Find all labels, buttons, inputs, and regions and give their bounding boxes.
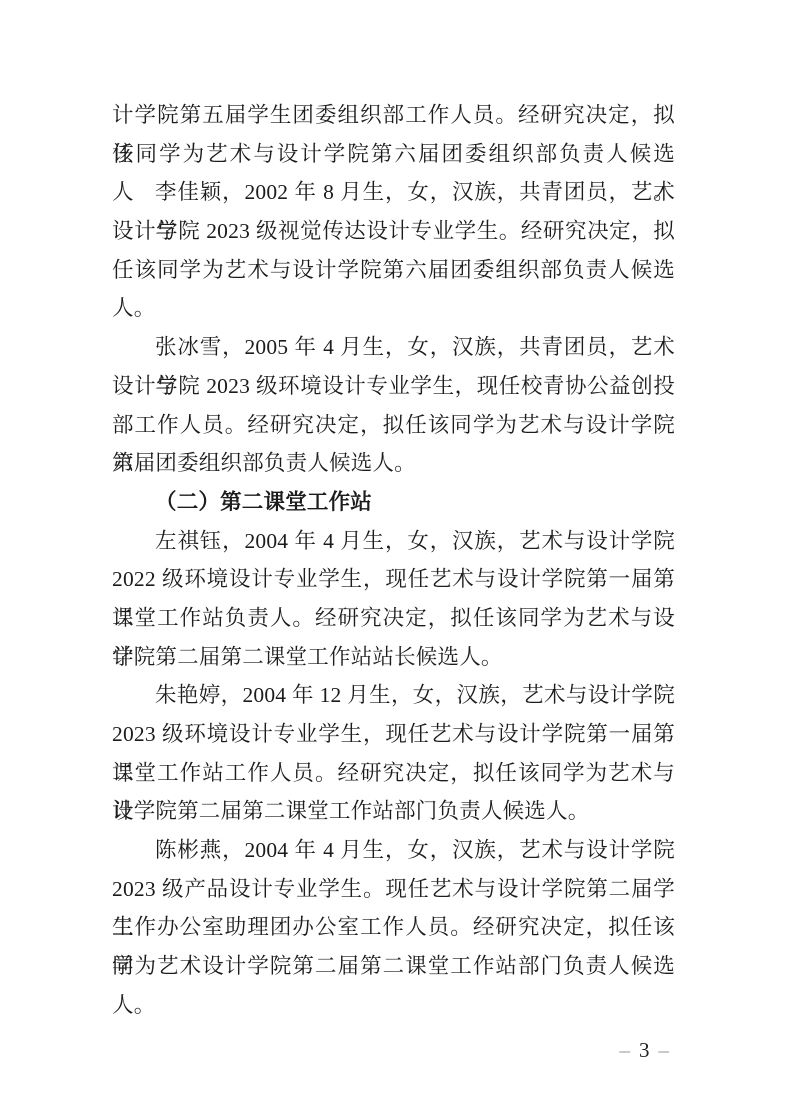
text-line: 2023 级环境设计专业学生，现任艺术与设计学院第一届第二: [112, 715, 675, 754]
text-line: 计学院第五届学生团委组织部工作人员。经研究决定，拟任: [112, 96, 675, 135]
text-line: 2023 级产品设计专业学生。现任艺术与设计学院第二届学生: [112, 870, 675, 909]
text-line: 陈彬燕，2004 年 4 月生，女，汉族，艺术与设计学院: [112, 831, 675, 870]
text-line: 张冰雪，2005 年 4 月生，女，汉族，共青团员，艺术与: [112, 328, 675, 367]
text-line: 李佳颖，2002 年 8 月生，女，汉族，共青团员，艺术与: [112, 173, 675, 212]
text-line: 课堂工作站工作人员。经研究决定，拟任该同学为艺术与设: [112, 754, 675, 793]
text-line: 工作办公室助理团办公室工作人员。经研究决定，拟任该同: [112, 908, 675, 947]
text-line: 2022 级环境设计专业学生，现任艺术与设计学院第一届第二: [112, 560, 675, 599]
text-line: 部工作人员。经研究决定，拟任该同学为艺术与设计学院第: [112, 406, 675, 445]
text-line: 任该同学为艺术与设计学院第六届团委组织部负责人候选: [112, 251, 675, 290]
text-line: 设计学院 2023 级环境设计专业学生，现任校青协公益创投: [112, 367, 675, 406]
text-line: 计学院第二届第二课堂工作站部门负责人候选人。: [112, 792, 675, 831]
page-number-dash-left: –: [611, 1038, 640, 1062]
text-line: 学院第二届第二课堂工作站站长候选人。: [112, 638, 675, 677]
text-line: 朱艳婷，2004 年 12 月生，女，汉族，艺术与设计学院: [112, 676, 675, 715]
text-line: 学为艺术设计学院第二届第二课堂工作站部门负责人候选: [112, 947, 675, 986]
text-line: 人。: [112, 289, 675, 328]
text-line: 人。: [112, 986, 675, 1025]
page-number-value: 3: [639, 1038, 650, 1062]
text-line: 左祺钰，2004 年 4 月生，女，汉族，艺术与设计学院: [112, 522, 675, 561]
page-number: –3–: [611, 1035, 679, 1065]
document-page: 计学院第五届学生团委组织部工作人员。经研究决定，拟任该同学为艺术与设计学院第六届…: [0, 0, 786, 1119]
section-heading: （二）第二课堂工作站: [112, 483, 675, 522]
document-body: 计学院第五届学生团委组织部工作人员。经研究决定，拟任该同学为艺术与设计学院第六届…: [112, 96, 675, 1025]
text-line: 课堂工作站负责人。经研究决定，拟任该同学为艺术与设计: [112, 599, 675, 638]
text-line: 该同学为艺术与设计学院第六届团委组织部负责人候选人。: [112, 135, 675, 174]
page-number-dash-right: –: [650, 1038, 679, 1062]
text-line: 设计学院 2023 级视觉传达设计专业学生。经研究决定，拟: [112, 212, 675, 251]
text-line: 六届团委组织部负责人候选人。: [112, 444, 675, 483]
